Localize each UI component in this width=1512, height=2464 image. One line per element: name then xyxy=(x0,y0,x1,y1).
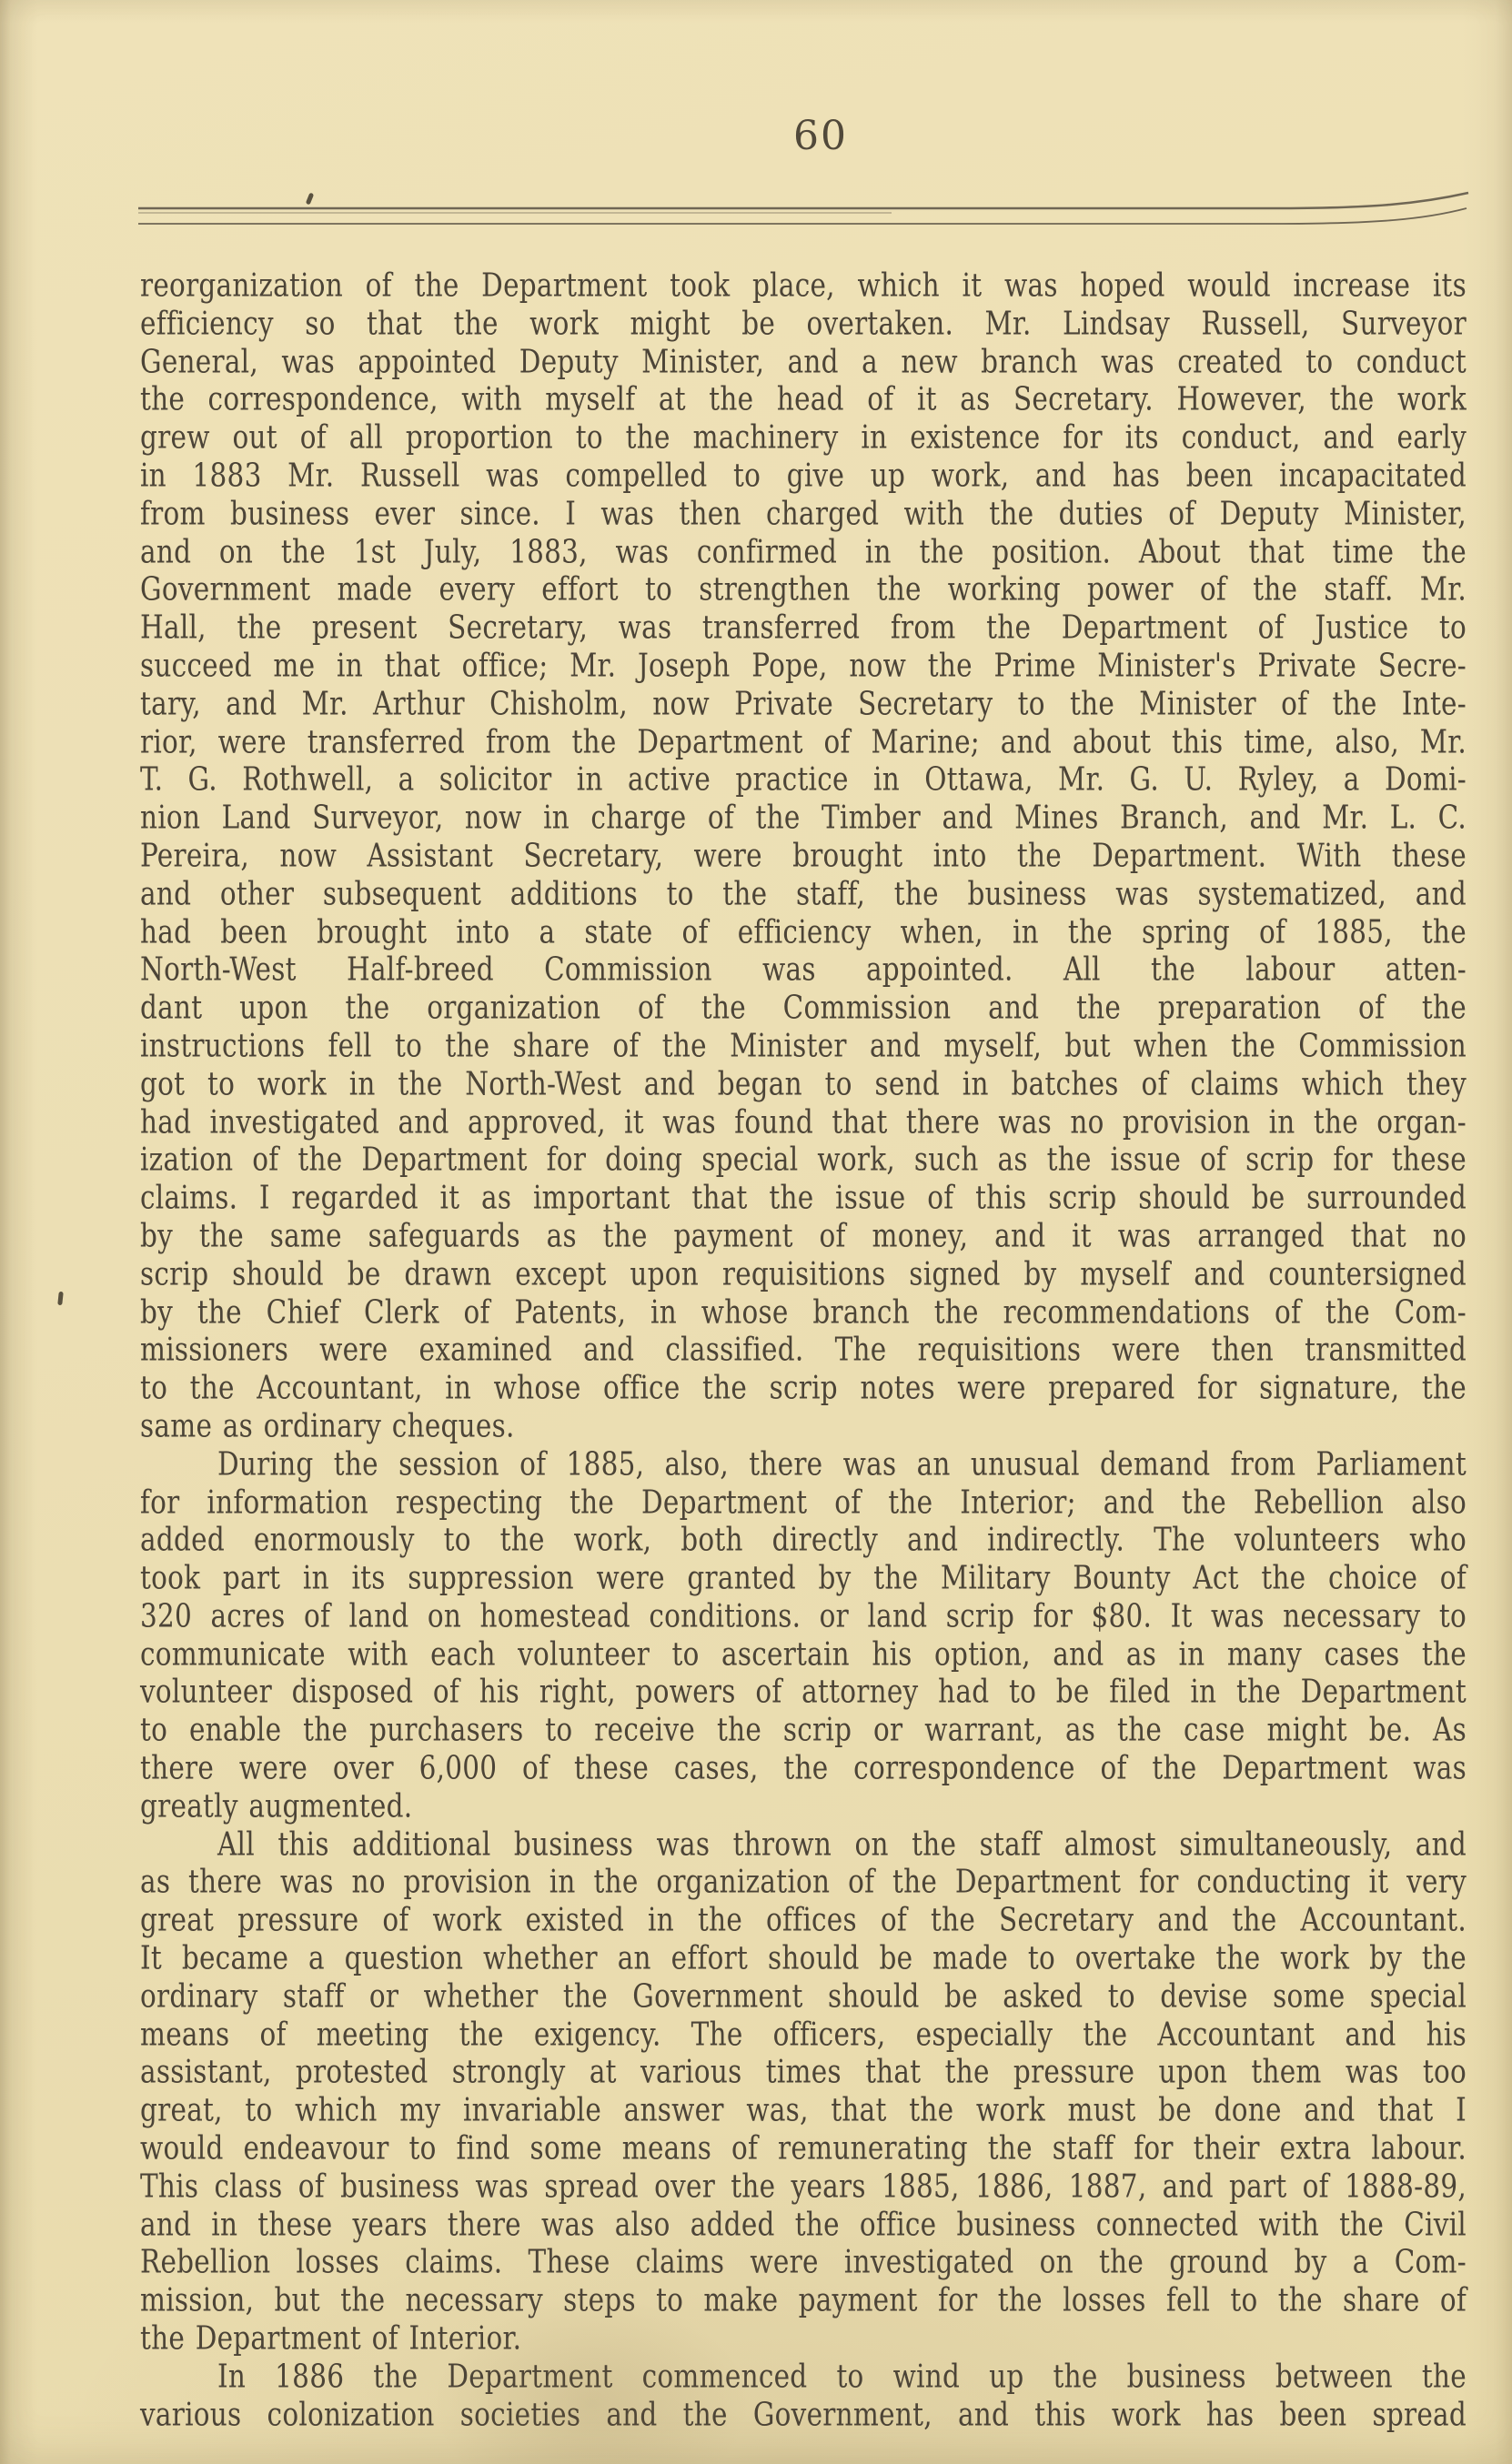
text-line: had investigated and approved, it was fo… xyxy=(140,1103,1467,1141)
text-line: from business ever since. I was then cha… xyxy=(140,495,1467,533)
text-line: reorganization of the Department took pl… xyxy=(140,267,1467,305)
text-line: nion Land Surveyor, now in charge of the… xyxy=(140,799,1467,837)
text-line: for information respecting the Departmen… xyxy=(140,1483,1467,1522)
text-line: in 1883 Mr. Russell was compelled to giv… xyxy=(140,457,1467,495)
text-line: had been brought into a state of efficie… xyxy=(140,913,1467,951)
text-line: there were over 6,000 of these cases, th… xyxy=(140,1749,1467,1787)
text-line: the correspondence, with myself at the h… xyxy=(140,380,1467,418)
text-line: as there was no provision in the organiz… xyxy=(140,1863,1467,1901)
text-line: missioners were examined and classified.… xyxy=(140,1331,1467,1369)
text-line: General, was appointed Deputy Minister, … xyxy=(140,343,1467,381)
text-line: took part in its suppression were grante… xyxy=(140,1559,1467,1597)
text-line: ordinary staff or whether the Government… xyxy=(140,1977,1467,2016)
paragraph: All this additional business was thrown … xyxy=(140,1825,1467,2351)
text-line: efficiency so that the work might be ove… xyxy=(140,305,1467,343)
text-line: Hall, the present Secretary, was transfe… xyxy=(140,608,1467,647)
text-line: tary, and Mr. Arthur Chisholm, now Priva… xyxy=(140,685,1467,723)
text-line: Government made every effort to strength… xyxy=(140,570,1467,608)
text-line: volunteer disposed of his right, powers … xyxy=(140,1673,1467,1711)
text-line: got to work in the North-West and began … xyxy=(140,1065,1467,1103)
text-line: by the Chief Clerk of Patents, in whose … xyxy=(140,1293,1467,1332)
scanned-page: 60 reorganization of the Department took… xyxy=(0,0,1512,2464)
text-line: assistant, protested strongly at various… xyxy=(140,2053,1467,2091)
text-line: During the session of 1885, also, there … xyxy=(140,1445,1467,1483)
text-line: to the Accountant, in whose office the s… xyxy=(140,1369,1467,1407)
text-line: and on the 1st July, 1883, was confirmed… xyxy=(140,533,1467,571)
text-line: greatly augmented. xyxy=(140,1787,1467,1825)
text-line: and other subsequent additions to the st… xyxy=(140,875,1467,913)
text-block: reorganization of the Department took pl… xyxy=(140,267,1467,2433)
paragraph: reorganization of the Department took pl… xyxy=(140,267,1467,1439)
text-line: means of meeting the exigency. The offic… xyxy=(140,2016,1467,2054)
paragraph: In 1886 the Department commenced to wind… xyxy=(140,2358,1467,2428)
text-line: rior, were transferred from the Departme… xyxy=(140,723,1467,761)
text-line: grew out of all proportion to the machin… xyxy=(140,418,1467,457)
text-line: North-West Half-breed Commission was app… xyxy=(140,950,1467,989)
text-line: to enable the purchasers to receive the … xyxy=(140,1711,1467,1749)
text-line: and in these years there was also added … xyxy=(140,2206,1467,2244)
text-line: great pressure of work existed in the of… xyxy=(140,1901,1467,1939)
text-line: T. G. Rothwell, a solicitor in active pr… xyxy=(140,760,1467,799)
text-line: mission, but the necessary steps to make… xyxy=(140,2281,1467,2319)
text-line: by the same safeguards as the payment of… xyxy=(140,1217,1467,1255)
text-line: various colonization societies and the G… xyxy=(140,2396,1467,2434)
text-line: great, to which my invariable answer was… xyxy=(140,2091,1467,2129)
text-line: instructions fell to the share of the Mi… xyxy=(140,1027,1467,1065)
text-line: claims. I regarded it as important that … xyxy=(140,1179,1467,1217)
text-line: This class of business was spread over t… xyxy=(140,2167,1467,2206)
text-line: scrip should be drawn except upon requis… xyxy=(140,1255,1467,1293)
text-line: succeed me in that office; Mr. Joseph Po… xyxy=(140,647,1467,685)
text-line: It became a question whether an effort s… xyxy=(140,1939,1467,1977)
text-line: All this additional business was thrown … xyxy=(140,1825,1467,1864)
text-line: In 1886 the Department commenced to wind… xyxy=(140,2358,1467,2396)
text-line: same as ordinary cheques. xyxy=(140,1407,1467,1445)
double-rule xyxy=(0,0,1512,273)
text-line: communicate with each volunteer to ascer… xyxy=(140,1635,1467,1674)
text-line: the Department of Interior. xyxy=(140,2319,1467,2358)
text-line: Rebellion losses claims. These claims we… xyxy=(140,2243,1467,2281)
text-line: Pereira, now Assistant Secretary, were b… xyxy=(140,837,1467,875)
text-line: 320 acres of land on homestead condition… xyxy=(140,1597,1467,1635)
text-line: added enormously to the work, both direc… xyxy=(140,1521,1467,1559)
paragraph: During the session of 1885, also, there … xyxy=(140,1445,1467,1819)
text-line: ization of the Department for doing spec… xyxy=(140,1141,1467,1179)
text-line: would endeavour to find some means of re… xyxy=(140,2129,1467,2167)
text-line: dant upon the organization of the Commis… xyxy=(140,989,1467,1027)
ink-speck xyxy=(57,1292,64,1305)
